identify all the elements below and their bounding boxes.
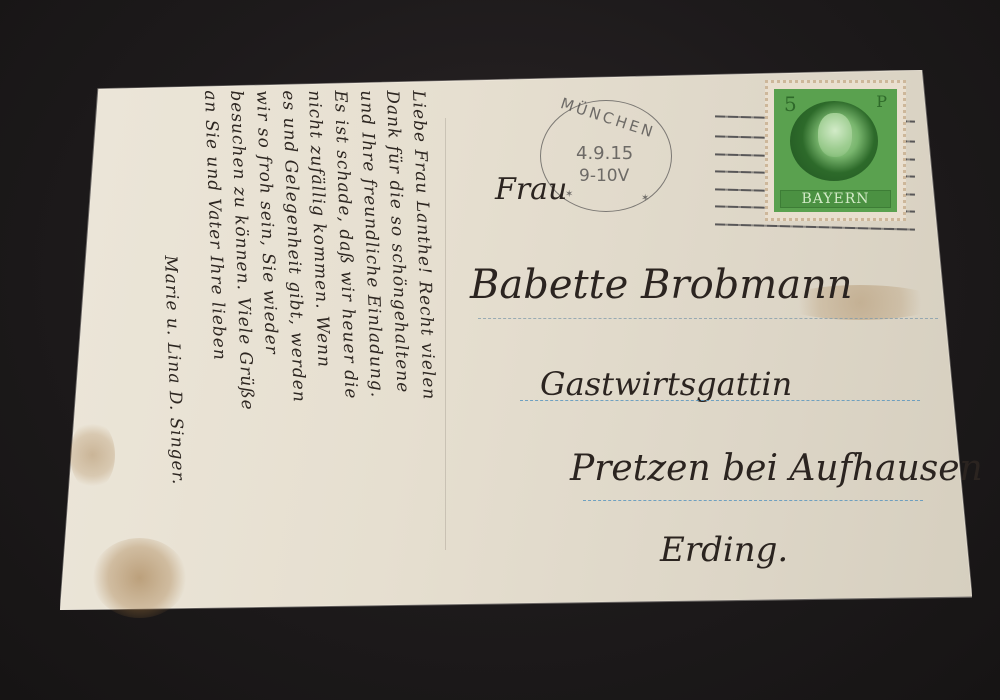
message-line: wir so froh sein, Sie wieder <box>252 90 281 355</box>
address-rule <box>520 400 920 401</box>
address-occupation: Gastwirtsgattin <box>540 365 792 403</box>
postage-stamp: 5 P BAYERN <box>765 80 906 221</box>
star-icon: ✶ <box>641 193 649 204</box>
postmark-date: 4.9.15 <box>576 143 633 164</box>
address-district: Erding. <box>660 530 788 570</box>
face-icon <box>818 113 852 157</box>
address-rule <box>478 318 938 319</box>
message-line: es und Gelegenheit gibt, werden <box>278 90 309 403</box>
stamp-face: 5 P BAYERN <box>774 89 897 212</box>
stamp-unit: P <box>876 92 887 111</box>
message-line: Liebe Frau Lanthe! Recht vielen <box>408 90 439 401</box>
message-line: Es ist schade, daß wir heuer die <box>330 90 361 400</box>
message-line: nicht zufällig kommen. Wenn <box>304 90 334 368</box>
message-line: Dank für die so schöngehaltene <box>382 90 413 394</box>
portrait-icon <box>790 101 878 181</box>
address-name: Babette Brobmann <box>470 262 853 308</box>
stamp-country: BAYERN <box>780 190 891 208</box>
message-line: an Sie und Vater Ihre lieben <box>200 90 229 361</box>
message-section: Liebe Frau Lanthe! Recht vielen Dank für… <box>80 90 440 600</box>
address-salutation: Frau <box>495 172 567 207</box>
postmark-time: 9-10V <box>579 166 629 186</box>
card-divider-line <box>445 118 446 550</box>
message-line: besuchen zu können. Viele Grüße <box>226 90 257 411</box>
stamp-value: 5 <box>784 92 797 116</box>
address-rule <box>583 500 923 501</box>
address-place: Pretzen bei Aufhausen <box>570 448 983 489</box>
message-signature: Marie u. Lina D. Singer. <box>160 255 188 486</box>
message-line: und Ihre freundliche Einladung. <box>356 90 387 398</box>
